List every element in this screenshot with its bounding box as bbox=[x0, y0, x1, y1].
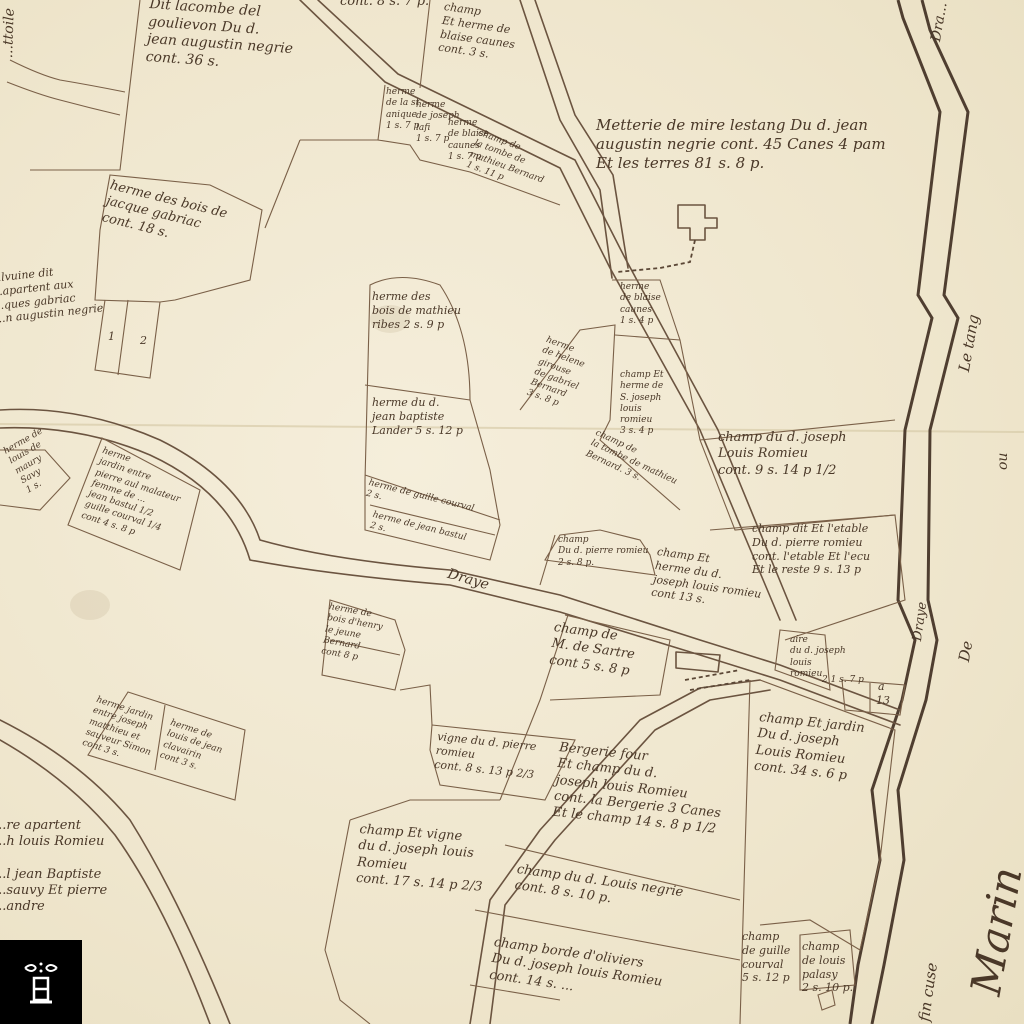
plot-label-a: a bbox=[878, 680, 885, 694]
parcel-label-caunes-2: herme de blaise caunes 1 s. 4 p bbox=[620, 282, 661, 327]
parcel-label-aire: aire du d. joseph louis romieu bbox=[790, 635, 846, 680]
plot-label-1: 1 bbox=[108, 330, 115, 344]
parcel-label-bottom-left: ...re apartent ...h louis Romieu ...l je… bbox=[0, 818, 107, 916]
lighthouse-logo-icon bbox=[22, 958, 60, 1006]
plot-label-2: 2 bbox=[140, 334, 147, 348]
parcel-label-bergerie: Bergerie four Et champ du d. joseph loui… bbox=[552, 740, 727, 838]
river-label-de: De bbox=[955, 639, 977, 663]
parcel-label-champ-pierre: champ Du d. pierre romieu 2 s. 8 p. bbox=[558, 535, 648, 569]
parcel-label-vigne-jl: champ Et vigne du d. joseph louis Romieu… bbox=[355, 822, 486, 896]
parcel-label-top-cont: cont. 8 s. 7 p. bbox=[340, 0, 429, 10]
parcel-label-metterie: Metterie de mire lestang Du d. jean augu… bbox=[596, 116, 886, 172]
parcel-label-etable: champ dit Et l'etable Du d. pierre romie… bbox=[752, 522, 870, 577]
parcel-label-champ-joseph: champ Et herme de S. joseph louis romieu… bbox=[620, 370, 664, 438]
edge-label-top-left: ...ttoile bbox=[0, 8, 19, 59]
parcel-label-champ-jl: champ du d. joseph Louis Romieu cont. 9 … bbox=[718, 430, 847, 479]
watermark-logo bbox=[0, 940, 82, 1024]
parcel-label-aire-cont: 2 1 s. 7 p bbox=[822, 675, 864, 686]
parcel-label-mathieu-ribes: herme des bois de mathieu ribes 2 s. 9 p bbox=[372, 290, 461, 331]
parcel-label-palasy: champ de louis palasy 2 s. 10 p. bbox=[802, 940, 853, 995]
parcel-label-jardin-jl: champ Et jardin Du d. joseph Louis Romie… bbox=[753, 710, 865, 786]
parcel-label-left-mid: ...lvuine dit ...apartent aux ...ques ga… bbox=[0, 261, 104, 327]
plot-label-13: 13 bbox=[876, 694, 890, 708]
parcel-label-courval: champ de guille courval 5 s. 12 p bbox=[742, 930, 790, 985]
parcel-label-lander: herme du d. jean baptiste Lander 5 s. 12… bbox=[372, 396, 463, 437]
river-label-ou: ou bbox=[995, 453, 1013, 470]
parcel-label-negrie: Dit lacombe del goulievon Du d. jean aug… bbox=[145, 0, 296, 76]
parcel-label-henry-bernard: herme de bois d'henry le jeune Bernard c… bbox=[320, 602, 385, 667]
parcel-label-blaise-caunes: champ Et herme de blaise caunes cont. 3 … bbox=[437, 0, 519, 65]
map-canvas: Dit lacombe del goulievon Du d. jean aug… bbox=[0, 0, 1024, 1024]
parcel-label-small-1: herme de la st anique 1 s. 7 p bbox=[386, 87, 419, 132]
